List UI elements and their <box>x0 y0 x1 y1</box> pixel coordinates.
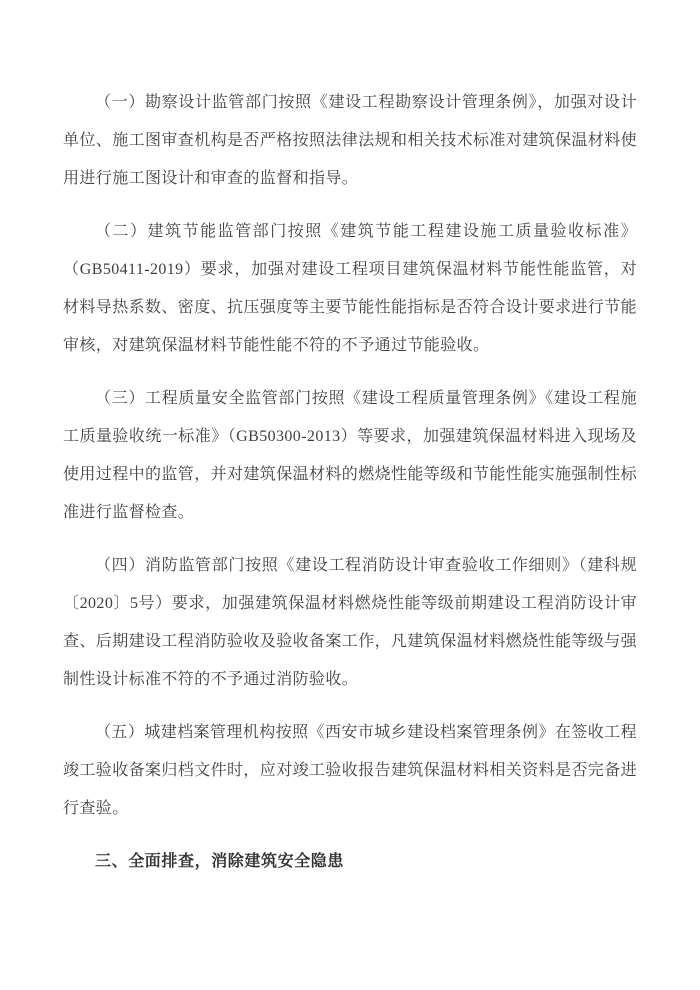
paragraph-item-3: （三）工程质量安全监管部门按照《建设工程质量管理条例》《建设工程施工质量验收统一… <box>63 380 637 532</box>
paragraph-item-5: （五）城建档案管理机构按照《西安市城乡建设档案管理条例》在签收工程竣工验收备案归… <box>63 714 637 828</box>
document-page: （一）勘察设计监管部门按照《建设工程勘察设计管理条例》，加强对设计单位、施工图审… <box>0 0 700 990</box>
paragraph-item-2: （二）建筑节能监管部门按照《建筑节能工程建设施工质量验收标准》（GB50411-… <box>63 213 637 365</box>
paragraph-item-1: （一）勘察设计监管部门按照《建设工程勘察设计管理条例》，加强对设计单位、施工图审… <box>63 84 637 198</box>
section-heading: 三、全面排查，消除建筑安全隐患 <box>63 843 637 881</box>
paragraph-item-4: （四）消防监管部门按照《建设工程消防设计审查验收工作细则》（建科规〔2020〕5… <box>63 547 637 699</box>
